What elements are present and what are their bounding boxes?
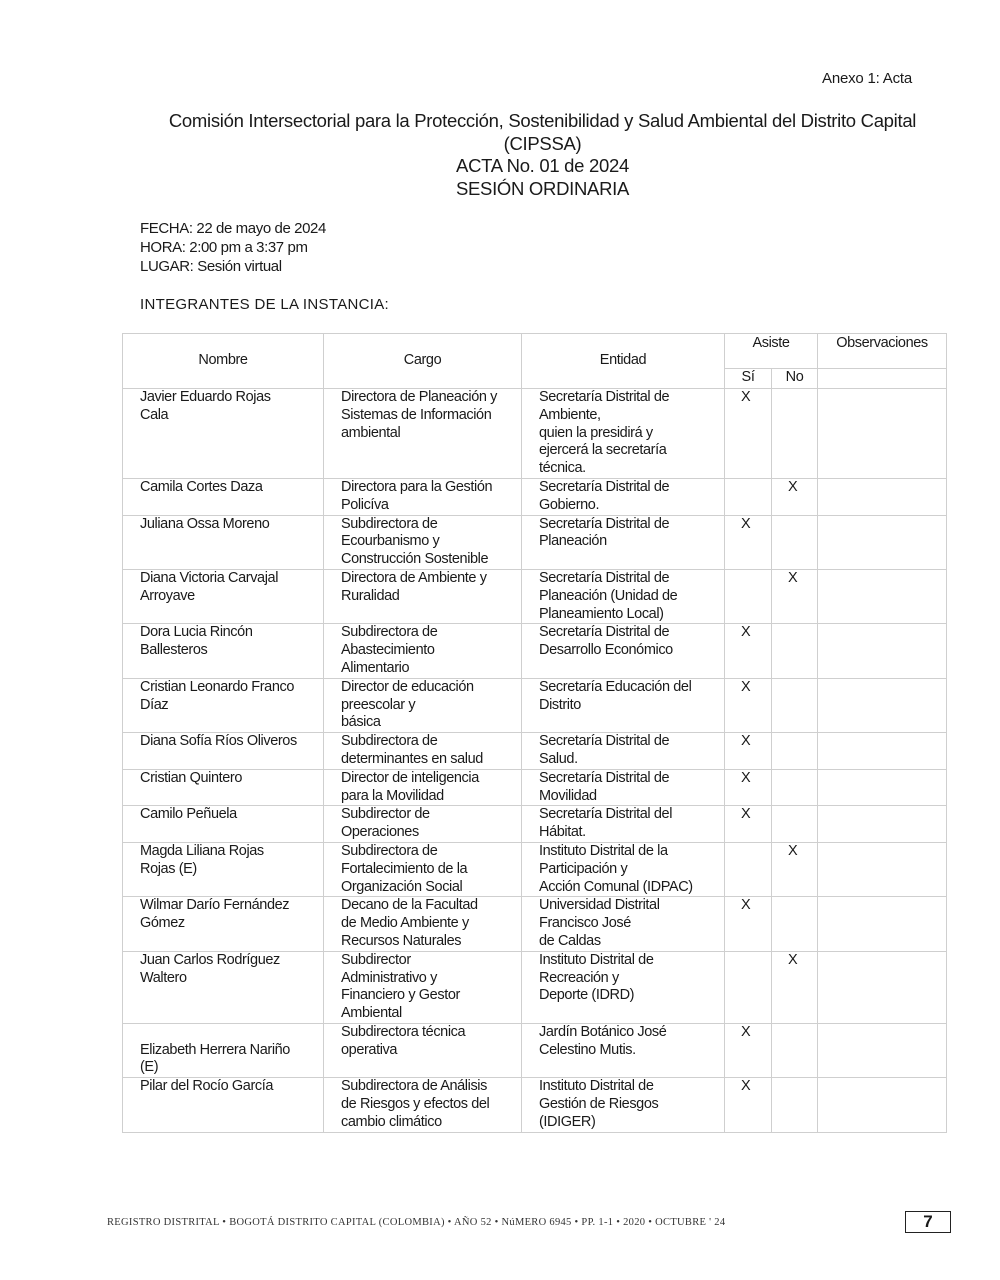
cell-entidad: Secretaría Distrital de Movilidad	[522, 769, 725, 806]
header-observaciones-sub	[818, 369, 947, 389]
title-acta-number: ACTA No. 01 de 2024	[130, 155, 955, 178]
cell-asiste-si	[725, 842, 772, 896]
cell-asiste-si: X	[725, 1078, 772, 1132]
cell-asiste-si: X	[725, 389, 772, 479]
table-row: Pilar del Rocío GarcíaSubdirectora de An…	[123, 1078, 947, 1132]
header-si: Sí	[725, 369, 772, 389]
cell-entidad: Secretaría Distrital de Ambiente, quien …	[522, 389, 725, 479]
cell-entidad: Jardín Botánico José Celestino Mutis.	[522, 1023, 725, 1077]
cell-asiste-si: X	[725, 733, 772, 770]
title-session-type: SESIÓN ORDINARIA	[130, 178, 955, 201]
cell-cargo: Subdirectora técnica operativa	[324, 1023, 522, 1077]
cell-asiste-si: X	[725, 624, 772, 678]
cell-cargo: Subdirectora de Ecourbanismo y Construcc…	[324, 515, 522, 569]
cell-cargo: Directora para la Gestión Policíva	[324, 478, 522, 515]
cell-observaciones	[818, 769, 947, 806]
members-table-body: Javier Eduardo Rojas CalaDirectora de Pl…	[123, 389, 947, 1133]
cell-nombre: Magda Liliana Rojas Rojas (E)	[123, 842, 324, 896]
cell-observaciones	[818, 733, 947, 770]
cell-cargo: Directora de Ambiente y Ruralidad	[324, 569, 522, 623]
cell-entidad: Instituto Distrital de la Participación …	[522, 842, 725, 896]
cell-observaciones	[818, 806, 947, 843]
cell-entidad: Instituto Distrital de Recreación y Depo…	[522, 951, 725, 1023]
cell-cargo: Subdirectora de determinantes en salud	[324, 733, 522, 770]
header-observaciones: Observaciones	[818, 334, 947, 369]
table-row: Camilo PeñuelaSubdirector de Operaciones…	[123, 806, 947, 843]
cell-cargo: Subdirectora de Abastecimiento Alimentar…	[324, 624, 522, 678]
header-cargo: Cargo	[324, 334, 522, 389]
cell-observaciones	[818, 569, 947, 623]
title-acronym: (CIPSSA)	[130, 133, 955, 156]
cell-cargo: Director de educación preescolar y básic…	[324, 678, 522, 732]
meeting-meta: FECHA: 22 de mayo de 2024 HORA: 2:00 pm …	[140, 219, 326, 276]
footer-registry-line: REGISTRO DISTRITAL • BOGOTÁ DISTRITO CAP…	[107, 1217, 725, 1228]
cell-observaciones	[818, 951, 947, 1023]
cell-asiste-no: X	[772, 842, 818, 896]
cell-observaciones	[818, 897, 947, 951]
cell-nombre: Cristian Quintero	[123, 769, 324, 806]
cell-asiste-si: X	[725, 678, 772, 732]
members-table: Nombre Cargo Entidad Asiste Observacione…	[122, 333, 947, 1133]
title-commission: Comisión Intersectorial para la Protecci…	[130, 110, 955, 133]
cell-nombre: Camilo Peñuela	[123, 806, 324, 843]
cell-cargo: Directora de Planeación y Sistemas de In…	[324, 389, 522, 479]
cell-asiste-no	[772, 1023, 818, 1077]
cell-asiste-no	[772, 678, 818, 732]
cell-cargo: Subdirectora de Análisis de Riesgos y ef…	[324, 1078, 522, 1132]
table-row: Juan Carlos Rodríguez WalteroSubdirector…	[123, 951, 947, 1023]
cell-asiste-no	[772, 733, 818, 770]
cell-cargo: Subdirector de Operaciones	[324, 806, 522, 843]
cell-observaciones	[818, 515, 947, 569]
table-row: Dora Lucia Rincón BallesterosSubdirector…	[123, 624, 947, 678]
cell-entidad: Universidad Distrital Francisco José de …	[522, 897, 725, 951]
cell-nombre: Elizabeth Herrera Nariño (E)	[123, 1023, 324, 1077]
document-title: Comisión Intersectorial para la Protecci…	[130, 110, 955, 200]
table-row: Diana Victoria Carvajal ArroyaveDirector…	[123, 569, 947, 623]
cell-observaciones	[818, 842, 947, 896]
cell-asiste-si	[725, 569, 772, 623]
cell-asiste-no	[772, 389, 818, 479]
cell-entidad: Secretaría Distrital de Salud.	[522, 733, 725, 770]
cell-asiste-no: X	[772, 478, 818, 515]
table-row: Camila Cortes DazaDirectora para la Gest…	[123, 478, 947, 515]
cell-entidad: Instituto Distrital de Gestión de Riesgo…	[522, 1078, 725, 1132]
cell-nombre: Juliana Ossa Moreno	[123, 515, 324, 569]
cell-asiste-no	[772, 806, 818, 843]
cell-observaciones	[818, 478, 947, 515]
section-heading-members: INTEGRANTES DE LA INSTANCIA:	[140, 296, 389, 313]
cell-asiste-no	[772, 1078, 818, 1132]
cell-asiste-no	[772, 515, 818, 569]
cell-asiste-si: X	[725, 806, 772, 843]
cell-asiste-no: X	[772, 951, 818, 1023]
cell-entidad: Secretaría Distrital de Gobierno.	[522, 478, 725, 515]
table-row: Diana Sofía Ríos OliverosSubdirectora de…	[123, 733, 947, 770]
cell-asiste-si: X	[725, 769, 772, 806]
cell-nombre: Juan Carlos Rodríguez Waltero	[123, 951, 324, 1023]
cell-entidad: Secretaría Educación del Distrito	[522, 678, 725, 732]
cell-nombre: Cristian Leonardo Franco Díaz	[123, 678, 324, 732]
cell-nombre: Wilmar Darío Fernández Gómez	[123, 897, 324, 951]
table-row: Magda Liliana Rojas Rojas (E)Subdirector…	[123, 842, 947, 896]
cell-nombre: Diana Victoria Carvajal Arroyave	[123, 569, 324, 623]
page-number: 7	[905, 1211, 951, 1233]
cell-entidad: Secretaría Distrital del Hábitat.	[522, 806, 725, 843]
table-row: Cristian Leonardo Franco DíazDirector de…	[123, 678, 947, 732]
table-row: Wilmar Darío Fernández GómezDecano de la…	[123, 897, 947, 951]
cell-entidad: Secretaría Distrital de Desarrollo Econó…	[522, 624, 725, 678]
cell-cargo: Subdirectora de Fortalecimiento de la Or…	[324, 842, 522, 896]
table-row: Javier Eduardo Rojas CalaDirectora de Pl…	[123, 389, 947, 479]
cell-asiste-no	[772, 897, 818, 951]
header-asiste: Asiste	[725, 334, 818, 369]
cell-entidad: Secretaría Distrital de Planeación (Unid…	[522, 569, 725, 623]
table-row: Elizabeth Herrera Nariño (E)Subdirectora…	[123, 1023, 947, 1077]
cell-asiste-no: X	[772, 569, 818, 623]
cell-observaciones	[818, 624, 947, 678]
meeting-place: LUGAR: Sesión virtual	[140, 257, 326, 276]
cell-nombre: Pilar del Rocío García	[123, 1078, 324, 1132]
meeting-time: HORA: 2:00 pm a 3:37 pm	[140, 238, 326, 257]
cell-cargo: Director de inteligencia para la Movilid…	[324, 769, 522, 806]
cell-asiste-si: X	[725, 515, 772, 569]
cell-asiste-no	[772, 624, 818, 678]
cell-asiste-si: X	[725, 1023, 772, 1077]
cell-entidad: Secretaría Distrital de Planeación	[522, 515, 725, 569]
cell-asiste-si: X	[725, 897, 772, 951]
cell-nombre: Camila Cortes Daza	[123, 478, 324, 515]
cell-cargo: Decano de la Facultad de Medio Ambiente …	[324, 897, 522, 951]
annex-label: Anexo 1: Acta	[822, 70, 912, 87]
meeting-date: FECHA: 22 de mayo de 2024	[140, 219, 326, 238]
cell-observaciones	[818, 1078, 947, 1132]
cell-observaciones	[818, 1023, 947, 1077]
header-no: No	[772, 369, 818, 389]
cell-cargo: Subdirector Administrativo y Financiero …	[324, 951, 522, 1023]
cell-nombre: Javier Eduardo Rojas Cala	[123, 389, 324, 479]
header-nombre: Nombre	[123, 334, 324, 389]
cell-asiste-no	[772, 769, 818, 806]
cell-nombre: Dora Lucia Rincón Ballesteros	[123, 624, 324, 678]
header-entidad: Entidad	[522, 334, 725, 389]
table-row: Juliana Ossa MorenoSubdirectora de Ecour…	[123, 515, 947, 569]
cell-observaciones	[818, 389, 947, 479]
cell-nombre: Diana Sofía Ríos Oliveros	[123, 733, 324, 770]
table-row: Cristian QuinteroDirector de inteligenci…	[123, 769, 947, 806]
cell-asiste-si	[725, 951, 772, 1023]
cell-asiste-si	[725, 478, 772, 515]
cell-observaciones	[818, 678, 947, 732]
